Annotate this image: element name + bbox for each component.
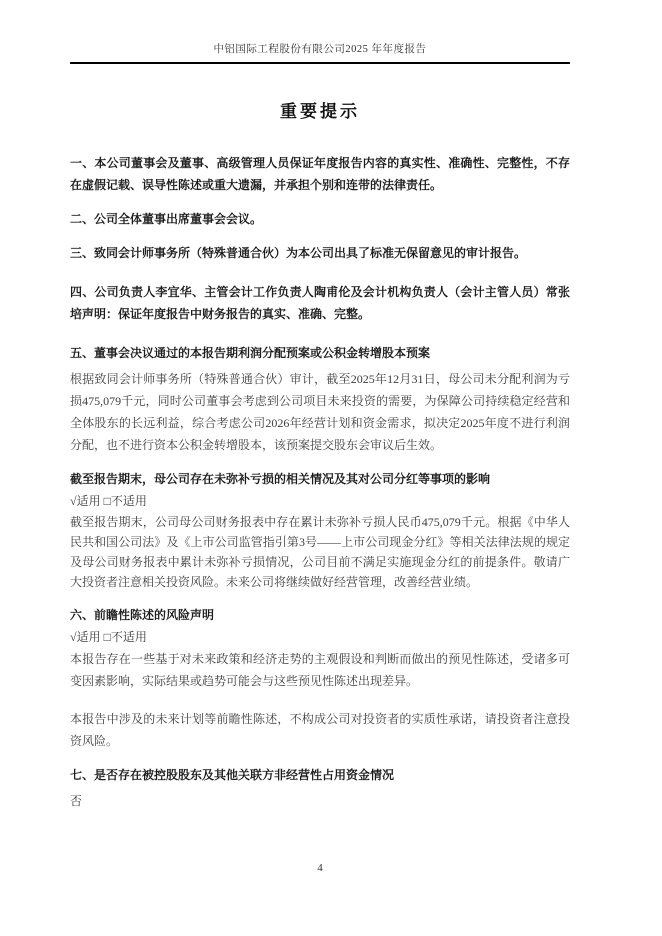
page-title: 重要提示 [70,100,570,124]
section-5-subheading: 截至报告期末，母公司存在未弥补亏损的相关情况及其对公司分红等事项的影响 [70,468,570,490]
document-header: 中铝国际工程股份有限公司2025 年年度报告 [70,44,570,64]
notice-item-2: 二、公司全体董事出席董事会会议。 [70,208,570,230]
section-6-body-2: 本报告中涉及的未来计划等前瞻性陈述，不构成公司对投资者的实质性承诺，请投资者注意… [70,708,570,752]
notice-item-3: 三、致同会计师事务所（特殊普通合伙）为本公司出具了标准无保留意见的审计报告。 [70,242,570,264]
report-page: 中铝国际工程股份有限公司2025 年年度报告 重要提示 一、本公司董事会及董事、… [0,0,662,936]
section-5-body-2: 截至报告期末，公司母公司财务报表中存在累计未弥补亏损人民币475,079千元。根… [70,512,570,592]
report-header-title: 中铝国际工程股份有限公司2025 年年度报告 [70,44,570,56]
section-6-body-1: 本报告存在一些基于对未来政策和经济走势的主观假设和判断而做出的预见性陈述，受诸多… [70,648,570,692]
section-5-body: 根据致同会计师事务所（特殊普通合伙）审计，截至2025年12月31日，母公司未分… [70,368,570,456]
section-6-heading: 六、前瞻性陈述的风险声明 [70,604,570,626]
section-5-heading: 五、董事会决议通过的本报告期利润分配预案或公积金转增股本预案 [70,342,570,364]
section-7-answer: 否 [70,790,570,812]
notice-item-1: 一、本公司董事会及董事、高级管理人员保证年度报告内容的真实性、准确性、完整性，不… [70,152,570,196]
section-5-applicability: √适用 □不适用 [70,490,570,512]
section-6-applicability: √适用 □不适用 [70,626,570,648]
section-7-heading: 七、是否存在被控股股东及其他关联方非经营性占用资金情况 [70,764,570,786]
page-number: 4 [70,862,570,874]
notice-item-4: 四、公司负责人李宜华、主管会计工作负责人陶甫伦及会计机构负责人（会计主管人员）常… [70,281,570,325]
header-divider [70,62,570,64]
